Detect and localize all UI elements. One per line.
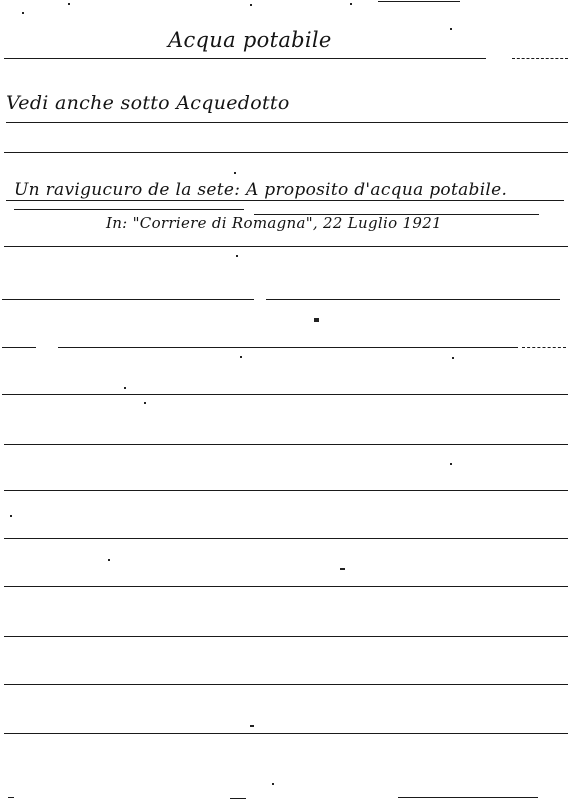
- scan-speck: [250, 4, 252, 6]
- scan-speck: [450, 463, 452, 465]
- scan-speck: [22, 12, 24, 14]
- ruled-line: [4, 246, 568, 247]
- scan-speck: [236, 255, 238, 257]
- scan-speck: [10, 515, 12, 517]
- ruled-line: [4, 444, 568, 445]
- card-heading: Acqua potabile: [168, 28, 332, 52]
- scan-speck: [68, 3, 70, 5]
- ruled-line: [4, 538, 568, 539]
- see-also-rule: [6, 122, 568, 123]
- entry-source: In: "Corriere di Romagna", 22 Luglio 192…: [106, 214, 442, 232]
- ruled-line: [2, 394, 568, 395]
- ruled-line: [4, 490, 568, 491]
- scan-speck: [250, 725, 254, 727]
- ruled-line: [4, 636, 568, 637]
- top-edge-rule: [378, 1, 460, 2]
- scan-speck: [272, 783, 274, 785]
- scan-speck: [234, 172, 236, 174]
- ruled-line: [4, 152, 568, 153]
- ruled-line: [4, 733, 568, 734]
- ruled-line: [266, 299, 560, 300]
- entry-rule: [6, 200, 564, 201]
- ruled-line: [2, 347, 36, 348]
- entry-title-underline: [14, 209, 244, 210]
- scan-speck: [450, 28, 452, 30]
- heading-rule-tail: [512, 58, 568, 59]
- see-also-note: Vedi anche sotto Acquedotto: [6, 92, 290, 114]
- ruled-line: [4, 684, 568, 685]
- heading-rule: [4, 58, 486, 59]
- scan-speck: [350, 3, 352, 5]
- scan-speck: [340, 568, 345, 570]
- scan-speck: [144, 402, 146, 404]
- bottom-edge-rule: [230, 798, 246, 799]
- ruled-line: [4, 586, 568, 587]
- scan-speck: [240, 356, 242, 358]
- ruled-line: [522, 347, 566, 348]
- ruled-line: [2, 299, 254, 300]
- bottom-edge-rule: [398, 797, 538, 798]
- bottom-edge-rule: [8, 797, 14, 798]
- entry-title: Un ravigucuro de la sete: A proposito d'…: [14, 180, 507, 200]
- scan-speck: [314, 318, 319, 322]
- scan-speck: [108, 559, 110, 561]
- ruled-line: [58, 347, 518, 348]
- scan-speck: [452, 357, 454, 359]
- scan-speck: [124, 387, 126, 389]
- catalog-card: Acqua potabile Vedi anche sotto Acquedot…: [0, 0, 570, 800]
